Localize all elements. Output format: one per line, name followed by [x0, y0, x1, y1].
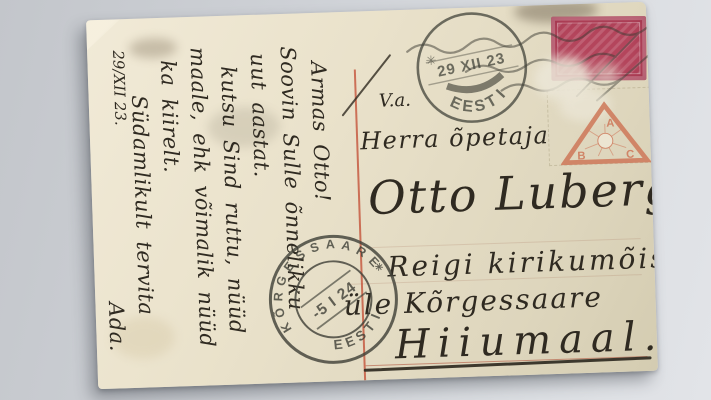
postmark-star-mark: ✳ [425, 53, 436, 69]
address-line-1: Reigi kirikumõis [387, 241, 658, 283]
svg-text:S: S [308, 240, 321, 256]
svg-text:R: R [271, 292, 285, 302]
written-date: 29/XII 23. [103, 50, 130, 135]
photo: { "photo": { "backdrop_left": "#c3c6cb",… [0, 0, 711, 400]
svg-text:G: G [273, 274, 289, 288]
svg-text:S: S [293, 247, 308, 263]
svg-text:R: R [354, 244, 369, 261]
svg-text:I: I [493, 87, 509, 102]
triangle-letter-left: B [577, 150, 586, 162]
triangle-letter-top: A [606, 117, 615, 129]
bent-corner [86, 19, 121, 50]
censor-triangle-icon: A B C [559, 100, 651, 169]
triangle-letter-right: C [626, 149, 635, 161]
svg-text:E: E [461, 98, 474, 116]
postmark-top: 29 XII 23 EESTI [401, 2, 543, 139]
svg-text:K: K [278, 320, 295, 335]
svg-text:Õ: Õ [271, 306, 288, 319]
svg-text:I: I [368, 312, 383, 321]
svg-text:A: A [325, 237, 335, 251]
svg-text:E: E [281, 259, 297, 274]
postcard: Armas Otto! Soovin Sulle õnnelikku uut a… [86, 2, 658, 389]
svg-text:A: A [340, 238, 352, 254]
addressee-name: Otto Luberg [367, 161, 658, 225]
svg-text:E: E [333, 337, 344, 353]
